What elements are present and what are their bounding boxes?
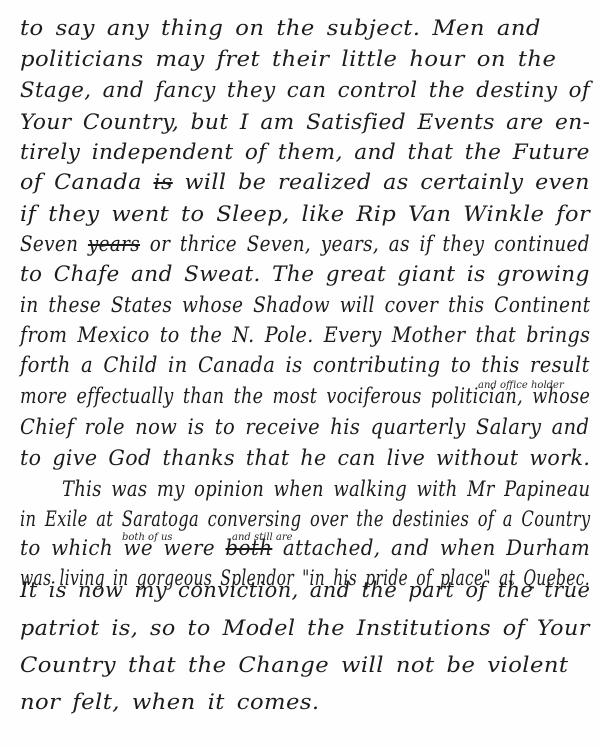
line-18-were: were: [163, 536, 214, 560]
manuscript-line-15: to give God thanks that he can live with…: [20, 446, 590, 470]
manuscript-line-5: tirely independent of them, and that the…: [20, 140, 590, 164]
line-8-start: Seven: [20, 232, 78, 256]
line-8-end: or thrice Seven, years, as if they conti…: [150, 232, 590, 256]
struck-word: years: [88, 232, 140, 256]
line-18-end: attached, and when Durham: [283, 536, 590, 560]
manuscript-line-12: forth a Child in Canada is contributing …: [20, 353, 590, 377]
manuscript-line-21: patriot is, so to Model the Institutions…: [20, 616, 590, 640]
manuscript-line-10: in these States whose Shadow will cover …: [20, 293, 590, 317]
manuscript-line-17: in Exile at Saratoga conversing over the…: [20, 507, 590, 531]
manuscript-line-11: from Mexico to the N. Pole. Every Mother…: [20, 323, 590, 347]
manuscript-page: to say any thing on the subject. Men and…: [0, 0, 600, 748]
manuscript-line-6: of Canada is will be realized as certain…: [20, 170, 590, 194]
manuscript-line-1: to say any thing on the subject. Men and: [20, 16, 541, 40]
manuscript-line-20: It is now my conviction, and the part of…: [20, 578, 590, 602]
manuscript-line-3: Stage, and fancy they can control the de…: [20, 78, 590, 102]
manuscript-line-9: to Chafe and Sweat. The great giant is g…: [20, 262, 590, 286]
manuscript-line-14: Chief role now is to receive his quarter…: [20, 415, 589, 439]
manuscript-line-7: if they went to Sleep, like Rip Van Wink…: [20, 202, 590, 226]
struck-word: is: [153, 170, 172, 194]
line-18-start: to which we: [20, 536, 153, 560]
manuscript-line-8: Seven years or thrice Seven, years, as i…: [20, 232, 590, 256]
manuscript-line-16: This was my opinion when walking with Mr…: [62, 477, 590, 501]
manuscript-line-18: to which we were both attached, and when…: [20, 536, 590, 560]
manuscript-line-4: Your Country, but I am Satisfied Events …: [20, 110, 590, 134]
line-6-end: will be realized as certainly even: [184, 170, 589, 194]
line-6-start: of Canada: [20, 170, 142, 194]
manuscript-line-23: nor felt, when it comes.: [20, 690, 320, 714]
struck-word: both: [225, 536, 272, 560]
manuscript-line-2: politicians may fret their little hour o…: [20, 47, 556, 71]
manuscript-line-22: Country that the Change will not be viol…: [20, 653, 568, 677]
manuscript-line-13: more effectually than the most vociferou…: [20, 384, 590, 408]
